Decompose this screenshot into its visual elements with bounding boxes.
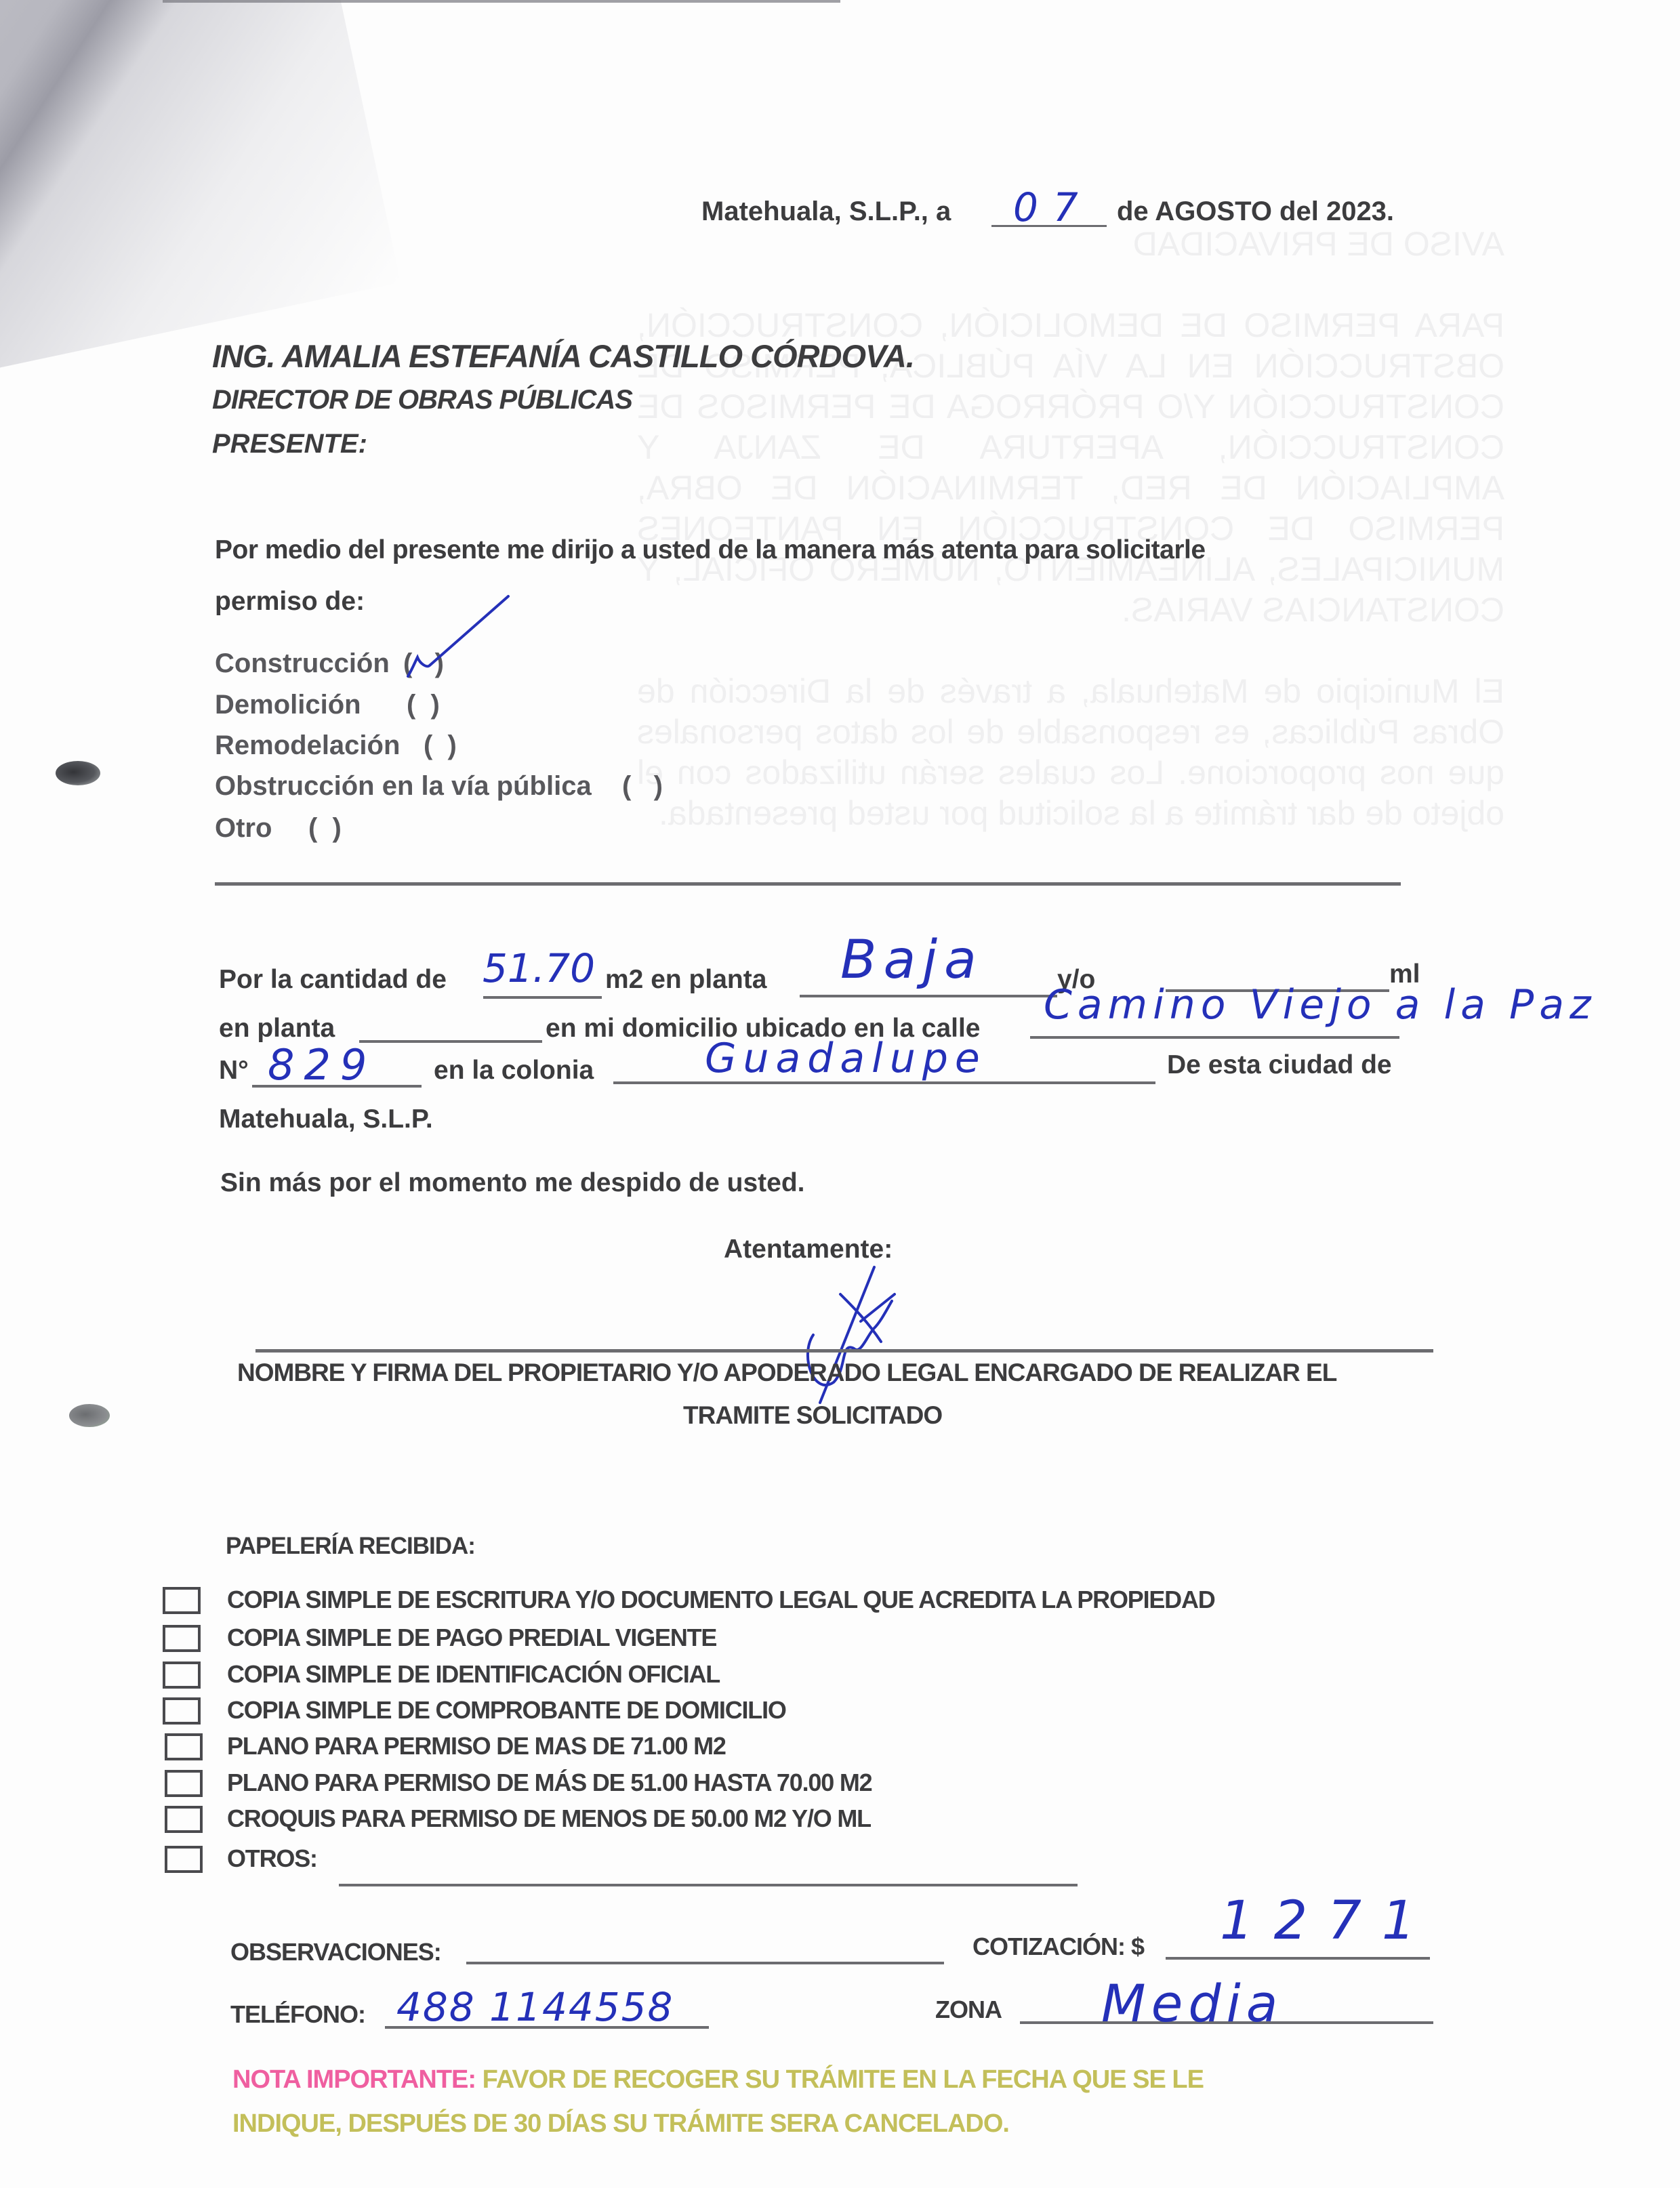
day-field[interactable]: 07 [1013, 184, 1093, 230]
document-item-label: CROQUIS PARA PERMISO DE MENOS DE 50.00 M… [227, 1804, 871, 1833]
document-checkbox[interactable] [163, 1661, 201, 1689]
document-item-label: COPIA SIMPLE DE COMPROBANTE DE DOMICILIO [227, 1696, 786, 1725]
addressee-greeting: PRESENTE: [212, 429, 367, 459]
number-label: N° [219, 1056, 249, 1086]
permit-option-label: Remodelación [215, 730, 400, 761]
zona-label: ZONA [935, 1996, 1002, 2024]
note-label: NOTA IMPORTANTE: [232, 2065, 476, 2094]
document-checkbox[interactable] [165, 1733, 203, 1760]
document-item-label: OTROS: [227, 1844, 317, 1873]
qty-field[interactable]: 51.70 [483, 945, 595, 991]
otros-blank [339, 1884, 1078, 1886]
street-blank [1030, 1036, 1399, 1039]
document-checkbox[interactable] [165, 1806, 203, 1833]
number-field[interactable]: 829 [268, 1040, 376, 1090]
document-checkbox[interactable] [163, 1587, 201, 1614]
observaciones-blank [466, 1962, 944, 1964]
document-item-label: COPIA SIMPLE DE ESCRITURA Y/O DOCUMENTO … [227, 1586, 1215, 1614]
farewell-text: Sin más por el momento me despido de ust… [220, 1168, 805, 1198]
telefono-label: TELÉFONO: [230, 2000, 365, 2029]
date-line-suffix: de AGOSTO del 2023. [1117, 197, 1394, 227]
signature-line [255, 1349, 1433, 1353]
scan-fold-shadow [0, 0, 401, 384]
intro-line-2: permiso de: [215, 587, 365, 617]
permit-option-checkbox[interactable]: ( ) [424, 730, 457, 761]
qty-label: Por la cantidad de [219, 965, 447, 995]
note-text-1: FAVOR DE RECOGER SU TRÁMITE EN LA FECHA … [483, 2065, 1204, 2094]
document-item-label: COPIA SIMPLE DE IDENTIFICACIÓN OFICIAL [227, 1660, 720, 1689]
permit-option-checkbox[interactable]: ( ) [407, 690, 440, 720]
cotizacion-label: COTIZACIÓN: $ [972, 1933, 1144, 1961]
signature-caption-2: TRAMITE SOLICITADO [683, 1401, 942, 1430]
divider-line [215, 882, 1401, 886]
permit-option-label: Otro [215, 813, 272, 844]
checkmark-icon [400, 590, 515, 684]
document-checkbox[interactable] [163, 1625, 201, 1652]
permit-option-checkbox[interactable]: ( ) [622, 771, 663, 802]
note-line-2: INDIQUE, DESPUÉS DE 30 DÍAS SU TRÁMITE S… [232, 2109, 1009, 2139]
permit-option-label: Obstrucción en la vía pública [215, 771, 592, 802]
zona-field[interactable]: Media [1101, 1973, 1283, 2034]
cotizacion-blank [1166, 1957, 1430, 1960]
telefono-field[interactable]: 488 1144558 [396, 1984, 674, 2030]
document-checkbox[interactable] [165, 1846, 203, 1873]
city-label: De esta ciudad de [1167, 1050, 1392, 1080]
document-item-label: PLANO PARA PERMISO DE MAS DE 71.00 M2 [227, 1732, 726, 1760]
planta-blank [800, 995, 1057, 997]
date-line-prefix: Matehuala, S.L.P., a [701, 197, 951, 227]
document-item-label: PLANO PARA PERMISO DE MÁS DE 51.00 HASTA… [227, 1769, 872, 1797]
m2-label: m2 en planta [605, 965, 766, 995]
punch-hole [69, 1404, 110, 1427]
en-planta-blank [359, 1040, 542, 1043]
permit-option-checkbox[interactable]: ( ) [308, 813, 342, 844]
note-line-1: NOTA IMPORTANTE: FAVOR DE RECOGER SU TRÁ… [232, 2065, 1204, 2094]
signature-caption: NOMBRE Y FIRMA DEL PROPIETARIO Y/O APODE… [237, 1359, 1336, 1387]
document-checkbox[interactable] [163, 1697, 201, 1725]
colonia-label: en la colonia [434, 1056, 594, 1086]
colonia-field[interactable]: Guadalupe [705, 1035, 987, 1082]
cotizacion-field[interactable]: 1271 [1220, 1891, 1436, 1952]
permit-option-label: Construcción [215, 648, 390, 679]
observaciones-label: OBSERVACIONES: [230, 1938, 441, 1966]
city-line: Matehuala, S.L.P. [219, 1105, 433, 1134]
scan-edge [163, 0, 840, 3]
permit-option-label: Demolición [215, 690, 361, 720]
intro-line-1: Por medio del presente me dirijo a usted… [215, 535, 1206, 565]
documents-title: PAPELERÍA RECIBIDA: [226, 1533, 475, 1560]
qty-blank [483, 996, 602, 999]
document-item-label: COPIA SIMPLE DE PAGO PREDIAL VIGENTE [227, 1624, 716, 1652]
addressee-name: ING. AMALIA ESTEFANÍA CASTILLO CÓRDOVA. [212, 337, 914, 375]
street-field[interactable]: Camino Viejo a la Paz [1044, 981, 1596, 1029]
en-planta-label: en planta [219, 1014, 335, 1044]
document-checkbox[interactable] [165, 1770, 203, 1797]
addressee-position: DIRECTOR DE OBRAS PÚBLICAS [212, 385, 632, 415]
planta-field[interactable]: Baja [840, 930, 983, 991]
punch-hole [56, 761, 100, 785]
